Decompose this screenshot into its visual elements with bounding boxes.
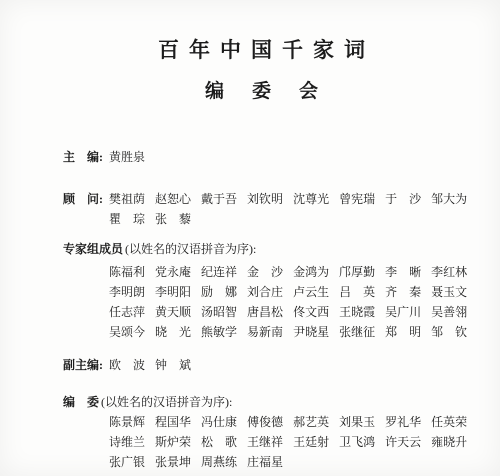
committee-sections: 主 编:黄胜泉顾 问:樊祖荫赵恕心戴于吾刘钦明沈尊光曾宪瑞于 沙邹大为瞿 琮张 … (63, 147, 480, 472)
person-name: 陈景辉 (109, 412, 145, 432)
section-head-editorial-board: 编 委(以姓名的汉语拼音为序): (63, 392, 480, 412)
section-advisors: 顾 问:樊祖荫赵恕心戴于吾刘钦明沈尊光曾宪瑞于 沙邹大为瞿 琮张 藜 (63, 189, 480, 229)
person-name: 邹 钦 (431, 322, 467, 342)
section-note: (以姓名的汉语拼音为序): (125, 242, 256, 256)
person-name: 吕 英 (339, 282, 375, 302)
section-chief-editor: 主 编:黄胜泉 (63, 147, 480, 167)
person-name: 于 沙 (385, 189, 421, 209)
person-name: 罗礼华 (385, 412, 421, 432)
person-name: 党永庵 (155, 262, 191, 282)
person-name: 任志萍 (109, 302, 145, 322)
person-name: 许天云 (385, 432, 421, 452)
person-name: 易新南 (247, 322, 283, 342)
person-name: 熊敏学 (201, 322, 237, 342)
person-name: 雍晓升 (431, 432, 467, 452)
person-name: 卫飞鸿 (339, 432, 375, 452)
person-name: 张景坤 (155, 452, 191, 472)
person-name: 刘钦明 (247, 189, 283, 209)
person-name: 李明朗 (109, 282, 145, 302)
name-row: 黄胜泉 (109, 147, 480, 167)
page-title: 百年中国千家词 (63, 34, 460, 64)
person-name: 纪连祥 (201, 262, 237, 282)
person-name: 黄胜泉 (109, 147, 145, 167)
name-row: 陈景辉程国华冯仕康傅俊德郝艺英刘果玉罗礼华任英荣 (109, 412, 480, 432)
section-note: (以姓名的汉语拼音为序): (101, 395, 232, 409)
person-name: 李 晰 (385, 262, 421, 282)
person-name: 王廷射 (293, 432, 329, 452)
person-name: 晓 光 (155, 322, 191, 342)
person-name: 斯炉荣 (155, 432, 191, 452)
person-name: 樊祖荫 (109, 189, 145, 209)
person-name: 王继祥 (247, 432, 283, 452)
section-label-expert-group: 专家组成员 (63, 242, 123, 256)
person-name: 松 歌 (201, 432, 237, 452)
person-name: 金 沙 (247, 262, 283, 282)
person-name: 庄福星 (247, 452, 283, 472)
section-editorial-board: 编 委(以姓名的汉语拼音为序):陈景辉程国华冯仕康傅俊德郝艺英刘果玉罗礼华任英荣… (63, 392, 480, 472)
person-name: 李红林 (431, 262, 467, 282)
name-row: 李明朗李明阳励 娜刘合庄卢云生吕 英齐 秦聂玉文 (109, 282, 480, 302)
page-subtitle: 编委会 (63, 76, 460, 103)
person-name: 傅俊德 (247, 412, 283, 432)
person-name: 郝艺英 (293, 412, 329, 432)
person-name: 陈福利 (109, 262, 145, 282)
person-name: 郑 明 (385, 322, 421, 342)
person-name: 欧 波 (109, 355, 145, 375)
person-name: 卢云生 (293, 282, 329, 302)
person-name: 吴善翎 (431, 302, 467, 322)
person-name: 聂玉文 (431, 282, 467, 302)
name-row: 陈福利党永庵纪连祥金 沙金鸿为邝厚勤李 晰李红林 (109, 262, 480, 282)
person-name: 金鸿为 (293, 262, 329, 282)
person-name: 曾宪瑞 (339, 189, 375, 209)
person-name: 刘合庄 (247, 282, 283, 302)
name-row: 诗维兰斯炉荣松 歌王继祥王廷射卫飞鸿许天云雍晓升 (109, 432, 480, 452)
name-row: 瞿 琮张 藜 (109, 209, 480, 229)
person-name: 唐昌松 (247, 302, 283, 322)
person-name: 张 藜 (155, 209, 191, 229)
person-name: 佟文西 (293, 302, 329, 322)
book-page: 百年中国千家词 编委会 主 编:黄胜泉顾 问:樊祖荫赵恕心戴于吾刘钦明沈尊光曾宪… (0, 0, 500, 476)
section-label-chief-editor: 主 编: (63, 147, 103, 167)
person-name: 黄天顺 (155, 302, 191, 322)
person-name: 张广银 (109, 452, 145, 472)
person-name: 王晓霞 (339, 302, 375, 322)
person-name: 冯仕康 (201, 412, 237, 432)
name-row: 张广银张景坤周燕练庄福星 (109, 452, 480, 472)
section-label-editorial-board: 编 委 (63, 395, 99, 409)
person-name: 齐 秦 (385, 282, 421, 302)
person-name: 汤昭智 (201, 302, 237, 322)
name-row: 樊祖荫赵恕心戴于吾刘钦明沈尊光曾宪瑞于 沙邹大为 (109, 189, 480, 209)
person-name: 任英荣 (431, 412, 467, 432)
section-label-advisors: 顾 问: (63, 189, 103, 209)
person-name: 诗维兰 (109, 432, 145, 452)
person-name: 邝厚勤 (339, 262, 375, 282)
person-name: 励 娜 (201, 282, 237, 302)
name-row: 任志萍黄天顺汤昭智唐昌松佟文西王晓霞吴广川吴善翎 (109, 302, 480, 322)
person-name: 张继征 (339, 322, 375, 342)
person-name: 钟 斌 (155, 355, 191, 375)
person-name: 沈尊光 (293, 189, 329, 209)
section-deputy-editors: 副主编:欧 波钟 斌 (63, 355, 480, 375)
person-name: 李明阳 (155, 282, 191, 302)
section-expert-group: 专家组成员(以姓名的汉语拼音为序):陈福利党永庵纪连祥金 沙金鸿为邝厚勤李 晰李… (63, 239, 480, 342)
person-name: 吴广川 (385, 302, 421, 322)
person-name: 刘果玉 (339, 412, 375, 432)
person-name: 程国华 (155, 412, 191, 432)
person-name: 赵恕心 (155, 189, 191, 209)
person-name: 瞿 琮 (109, 209, 145, 229)
section-head-expert-group: 专家组成员(以姓名的汉语拼音为序): (63, 239, 480, 259)
name-row: 欧 波钟 斌 (109, 355, 480, 375)
person-name: 尹晓星 (293, 322, 329, 342)
name-row: 吴颂今晓 光熊敏学易新南尹晓星张继征郑 明邹 钦 (109, 322, 480, 342)
section-label-deputy-editors: 副主编: (63, 355, 103, 375)
person-name: 吴颂今 (109, 322, 145, 342)
person-name: 戴于吾 (201, 189, 237, 209)
person-name: 邹大为 (431, 189, 467, 209)
person-name: 周燕练 (201, 452, 237, 472)
